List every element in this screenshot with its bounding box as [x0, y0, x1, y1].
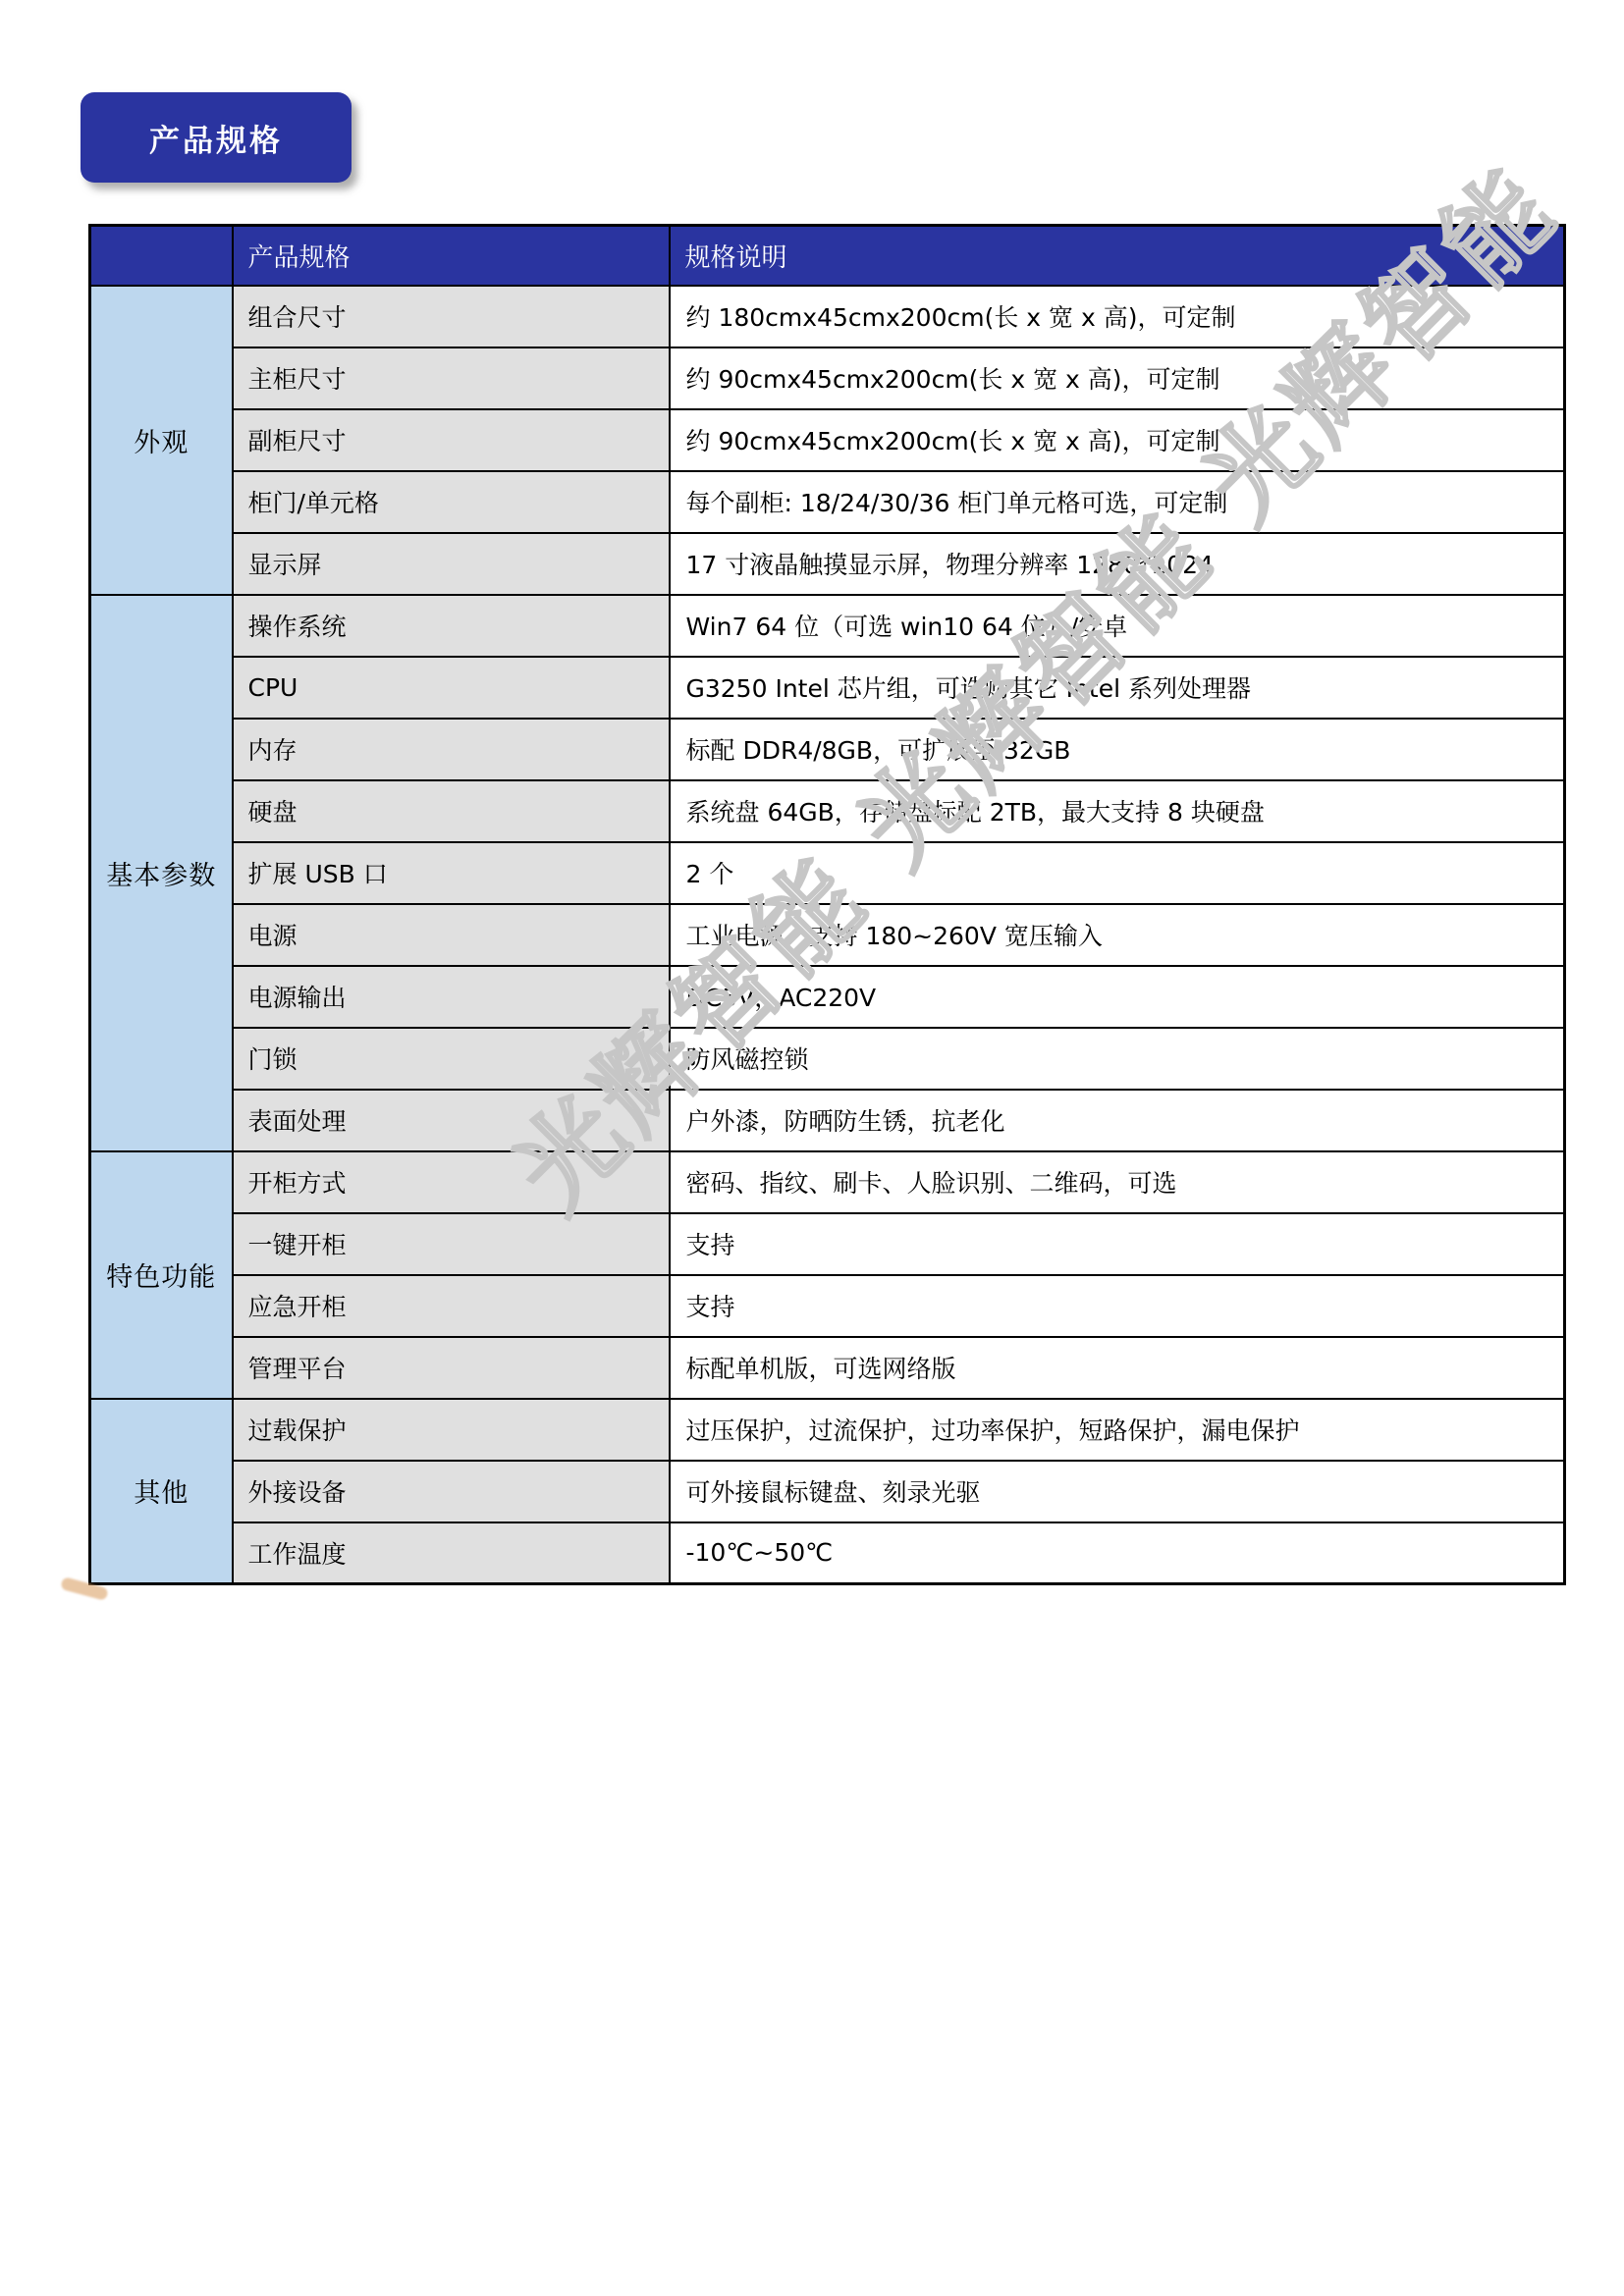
spec-value-cell: 防风磁控锁 [670, 1028, 1565, 1090]
table-row: 显示屏 17 寸液晶触摸显示屏，物理分辨率 1280*1024 [90, 533, 1565, 595]
spec-name-cell: 表面处理 [233, 1090, 670, 1151]
spec-name-cell: 管理平台 [233, 1337, 670, 1399]
table-row: 硬盘 系统盘 64GB，存储盘标配 2TB，最大支持 8 块硬盘 [90, 780, 1565, 842]
group-cell-basic-params: 基本参数 [90, 595, 233, 1151]
spec-value-cell: 支持 [670, 1275, 1565, 1337]
spec-name-cell: 应急开柜 [233, 1275, 670, 1337]
table-row: CPU G3250 Intel 芯片组，可选购其它 Intel 系列处理器 [90, 657, 1565, 719]
spec-name-cell: 电源输出 [233, 966, 670, 1028]
spec-name-cell: 内存 [233, 719, 670, 780]
spec-value-cell: 支持 [670, 1213, 1565, 1275]
spec-name-cell: 副柜尺寸 [233, 409, 670, 471]
spec-name-cell: 扩展 USB 口 [233, 842, 670, 904]
table-row: 柜门/单元格 每个副柜: 18/24/30/36 柜门单元格可选，可定制 [90, 471, 1565, 533]
spec-value-cell: -10℃~50℃ [670, 1522, 1565, 1584]
spec-value-cell: 户外漆，防晒防生锈，抗老化 [670, 1090, 1565, 1151]
table-row: 特色功能 开柜方式 密码、指纹、刷卡、人脸识别、二维码，可选 [90, 1151, 1565, 1213]
spec-value-cell: 约 90cmx45cmx200cm(长 x 宽 x 高)，可定制 [670, 347, 1565, 409]
table-row: 表面处理 户外漆，防晒防生锈，抗老化 [90, 1090, 1565, 1151]
spec-value-cell: 2 个 [670, 842, 1565, 904]
header-spec-col: 产品规格 [233, 226, 670, 286]
spec-name-cell: 柜门/单元格 [233, 471, 670, 533]
spec-name-cell: 工作温度 [233, 1522, 670, 1584]
table-row: 基本参数 操作系统 Win7 64 位（可选 win10 64 位）/安卓 [90, 595, 1565, 657]
spec-name-cell: 硬盘 [233, 780, 670, 842]
spec-value-cell: DC5V，AC220V [670, 966, 1565, 1028]
table-row: 工作温度 -10℃~50℃ [90, 1522, 1565, 1584]
spec-value-cell: 约 180cmx45cmx200cm(长 x 宽 x 高)，可定制 [670, 286, 1565, 347]
spec-value-cell: 17 寸液晶触摸显示屏，物理分辨率 1280*1024 [670, 533, 1565, 595]
spec-value-cell: 工业电源，支持 180~260V 宽压输入 [670, 904, 1565, 966]
spec-value-cell: G3250 Intel 芯片组，可选购其它 Intel 系列处理器 [670, 657, 1565, 719]
spec-value-cell: 密码、指纹、刷卡、人脸识别、二维码，可选 [670, 1151, 1565, 1213]
group-cell-features: 特色功能 [90, 1151, 233, 1399]
table-row: 内存 标配 DDR4/8GB，可扩展至 32GB [90, 719, 1565, 780]
header-corner-cell [90, 226, 233, 286]
group-cell-appearance: 外观 [90, 286, 233, 595]
table-row: 其他 过载保护 过压保护，过流保护，过功率保护，短路保护，漏电保护 [90, 1399, 1565, 1461]
table-row: 一键开柜 支持 [90, 1213, 1565, 1275]
table-row: 主柜尺寸 约 90cmx45cmx200cm(长 x 宽 x 高)，可定制 [90, 347, 1565, 409]
table-row: 管理平台 标配单机版，可选网络版 [90, 1337, 1565, 1399]
spec-value-cell: 每个副柜: 18/24/30/36 柜门单元格可选，可定制 [670, 471, 1565, 533]
spec-name-cell: 过载保护 [233, 1399, 670, 1461]
spec-name-cell: 外接设备 [233, 1461, 670, 1522]
spec-name-cell: 开柜方式 [233, 1151, 670, 1213]
table-row: 副柜尺寸 约 90cmx45cmx200cm(长 x 宽 x 高)，可定制 [90, 409, 1565, 471]
spec-name-cell: 组合尺寸 [233, 286, 670, 347]
spec-name-cell: 门锁 [233, 1028, 670, 1090]
table-row: 电源 工业电源，支持 180~260V 宽压输入 [90, 904, 1565, 966]
spec-value-cell: 约 90cmx45cmx200cm(长 x 宽 x 高)，可定制 [670, 409, 1565, 471]
spec-table: 产品规格 规格说明 外观 组合尺寸 约 180cmx45cmx200cm(长 x… [88, 224, 1566, 1585]
product-spec-badge: 产品规格 [81, 92, 352, 183]
table-row: 门锁 防风磁控锁 [90, 1028, 1565, 1090]
spec-value-cell: 可外接鼠标键盘、刻录光驱 [670, 1461, 1565, 1522]
spec-name-cell: 主柜尺寸 [233, 347, 670, 409]
spec-name-cell: 显示屏 [233, 533, 670, 595]
table-row: 扩展 USB 口 2 个 [90, 842, 1565, 904]
spec-value-cell: 标配单机版，可选网络版 [670, 1337, 1565, 1399]
spec-name-cell: 操作系统 [233, 595, 670, 657]
spec-name-cell: CPU [233, 657, 670, 719]
spec-value-cell: 过压保护，过流保护，过功率保护，短路保护，漏电保护 [670, 1399, 1565, 1461]
spec-name-cell: 电源 [233, 904, 670, 966]
spec-value-cell: 系统盘 64GB，存储盘标配 2TB，最大支持 8 块硬盘 [670, 780, 1565, 842]
spec-value-cell: 标配 DDR4/8GB，可扩展至 32GB [670, 719, 1565, 780]
table-row: 外接设备 可外接鼠标键盘、刻录光驱 [90, 1461, 1565, 1522]
page: 产品规格 产品规格 规格说明 外观 组合尺寸 约 180cmx45cmx200c… [0, 0, 1624, 2296]
table-row: 应急开柜 支持 [90, 1275, 1565, 1337]
spec-name-cell: 一键开柜 [233, 1213, 670, 1275]
table-row: 外观 组合尺寸 约 180cmx45cmx200cm(长 x 宽 x 高)，可定… [90, 286, 1565, 347]
group-cell-other: 其他 [90, 1399, 233, 1584]
table-header-row: 产品规格 规格说明 [90, 226, 1565, 286]
spec-value-cell: Win7 64 位（可选 win10 64 位）/安卓 [670, 595, 1565, 657]
header-desc-col: 规格说明 [670, 226, 1565, 286]
table-row: 电源输出 DC5V，AC220V [90, 966, 1565, 1028]
